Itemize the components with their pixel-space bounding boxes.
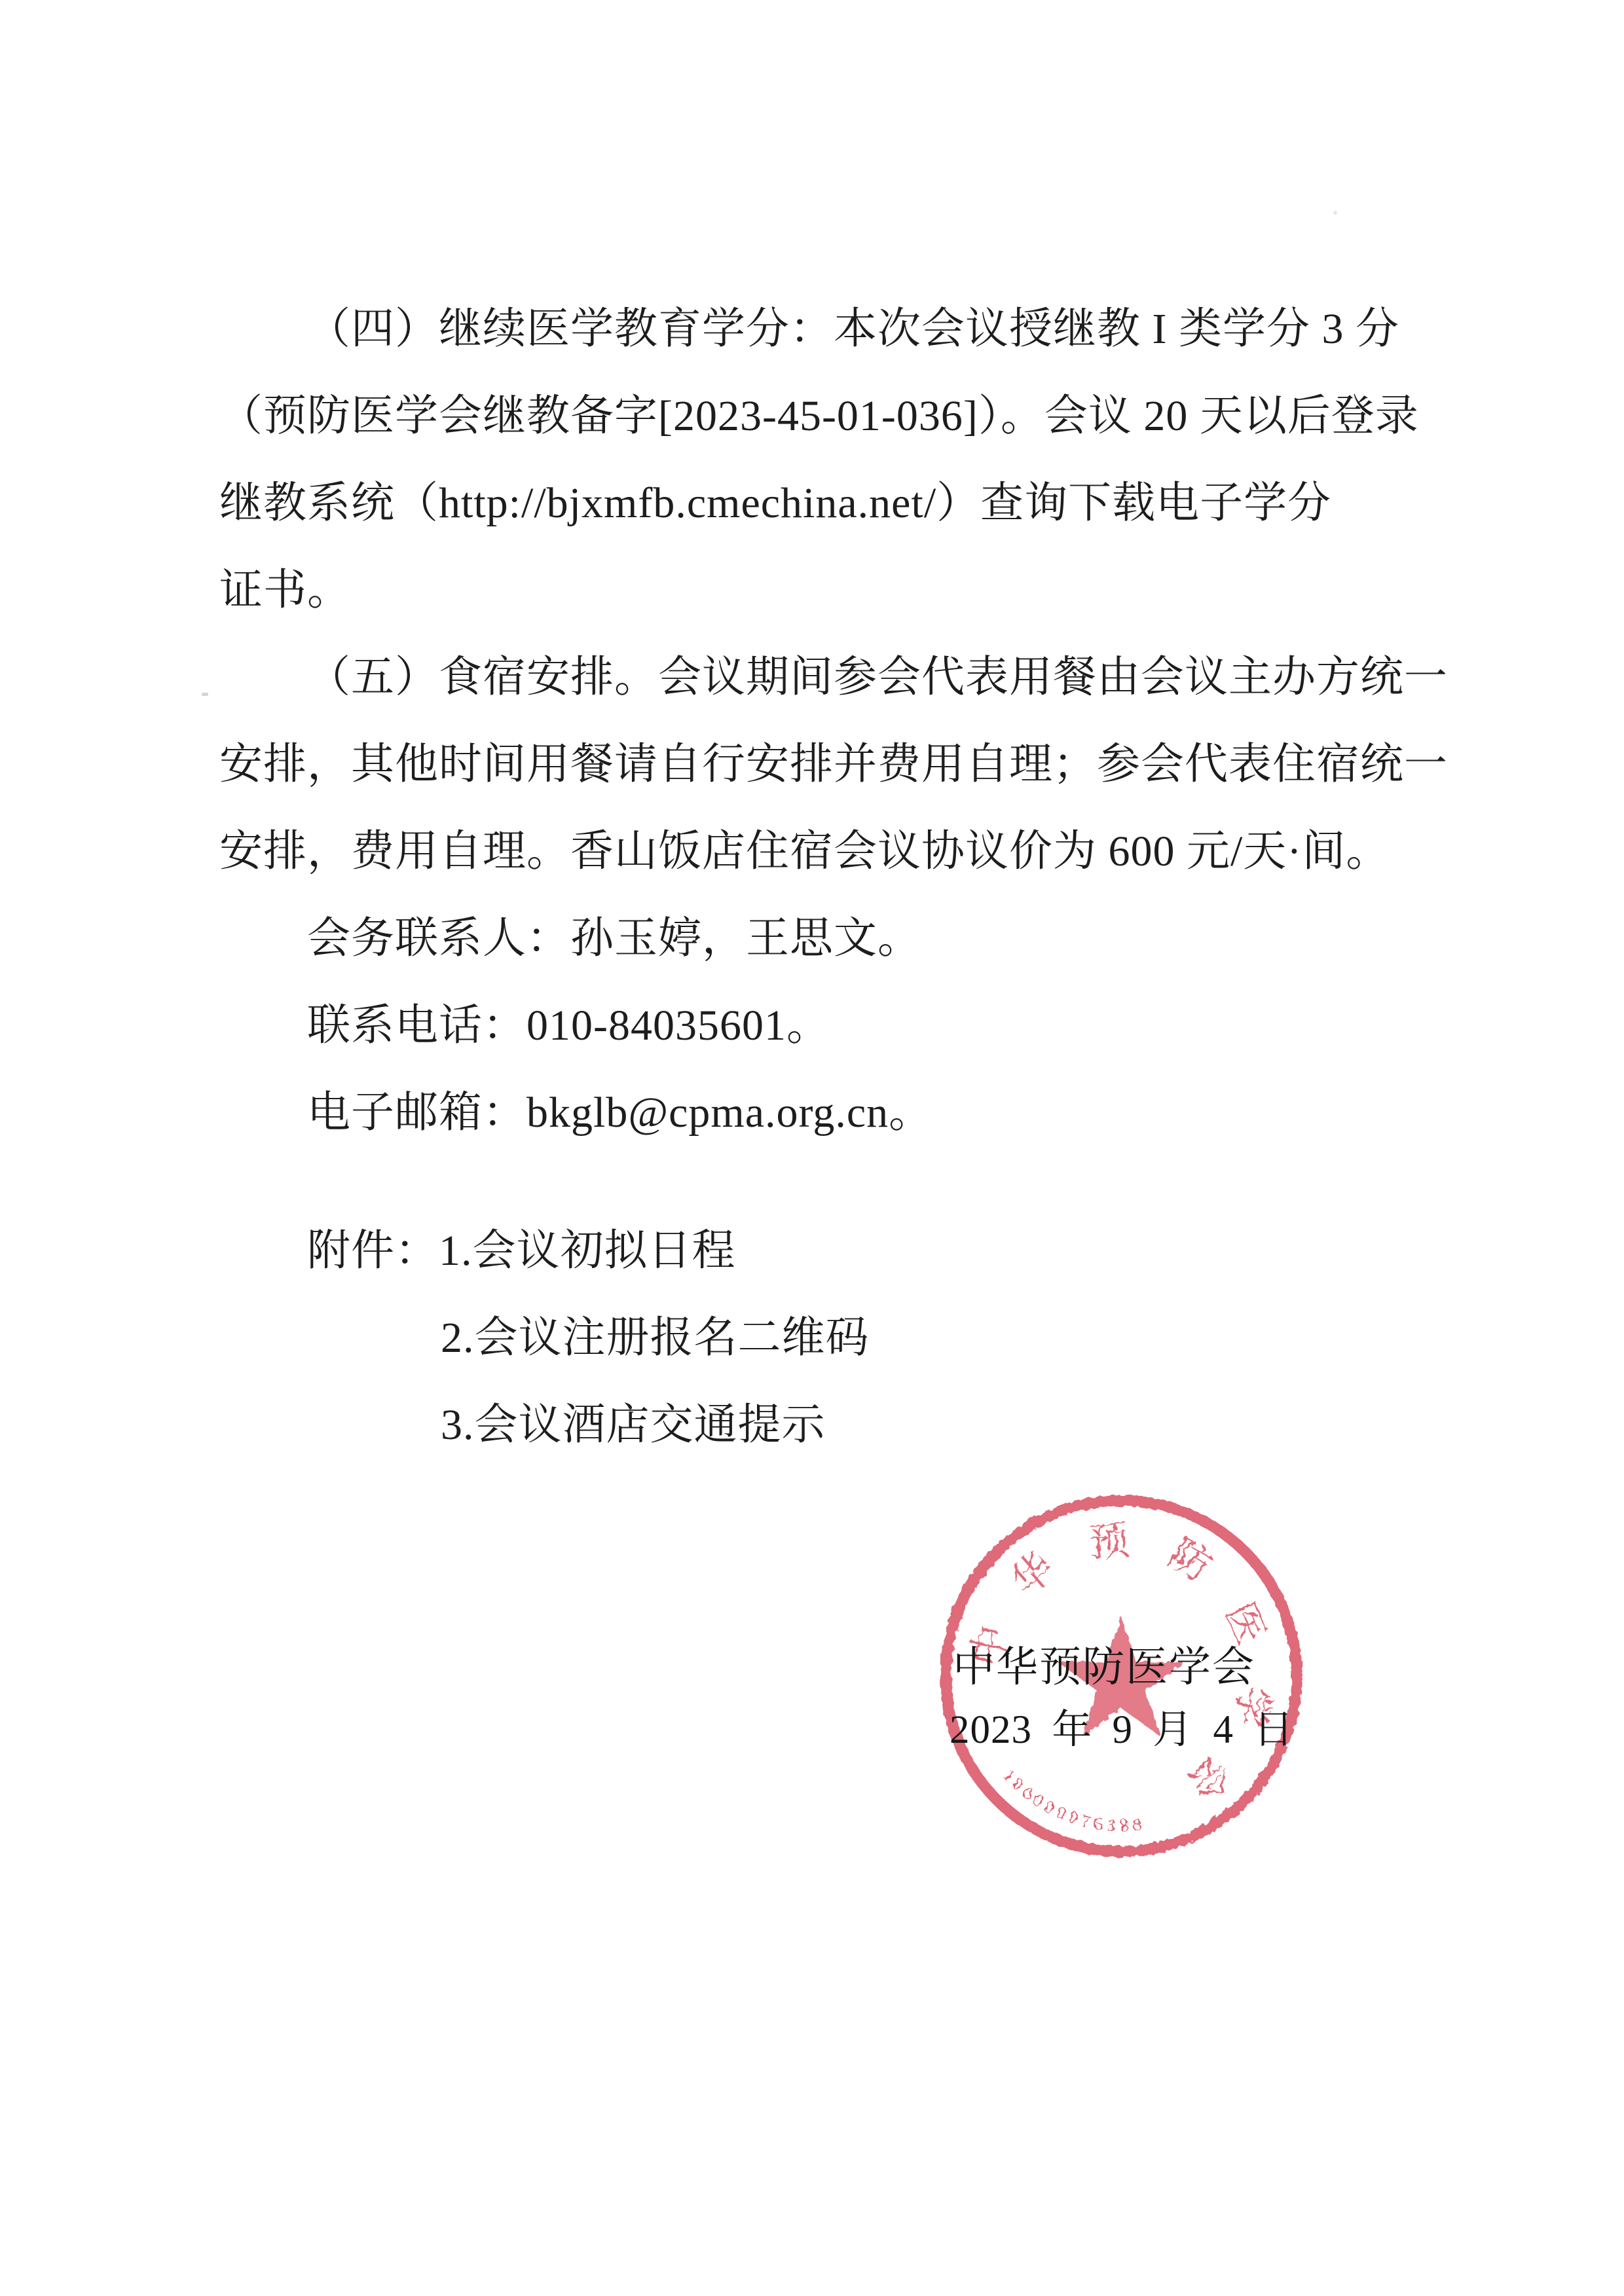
attachment-item: 3.会议酒店交通提示: [219, 1381, 1418, 1468]
signature-date: 2023 年 9 月 4 日: [950, 1710, 1294, 1750]
attachment-rows-rest: 2.会议注册报名二维码3.会议酒店交通提示: [219, 1294, 1418, 1468]
attachments-label: 附件：: [307, 1227, 439, 1275]
attachment-row: 附件：1.会议初拟日程: [219, 1207, 1418, 1294]
seal-ring-char: 会: [1179, 1747, 1239, 1808]
scan-speck: [1333, 211, 1337, 215]
body-text-line: 电子邮箱：bkglb@cpma.org.cn。: [219, 1069, 1418, 1156]
attachment-item: 1.会议初拟日程: [439, 1227, 736, 1275]
body-text-line: 会务联系人：孙玉婷，王思文。: [219, 895, 1418, 982]
seal-ring-char: 医: [1216, 1596, 1273, 1651]
seal-ring-char: 华: [1003, 1544, 1063, 1605]
seal-ring-char: 防: [1162, 1531, 1219, 1590]
attachment-item: 2.会议注册报名二维码: [219, 1294, 1418, 1381]
body-text: （四）继续医学教育学分：本次会议授继教 I 类学分 3 分（预防医学会继教备字[…: [219, 285, 1418, 1156]
attachments: 附件：1.会议初拟日程 2.会议注册报名二维码3.会议酒店交通提示: [219, 1207, 1418, 1468]
body-text-line: （预防医学会继教备字[2023-45-01-036]）。会议 20 天以后登录: [219, 373, 1418, 460]
signature-org: 中华预防医学会: [953, 1647, 1255, 1688]
body-text-line: （五）食宿安排。会议期间参会代表用餐由会议主办方统一: [219, 634, 1418, 721]
document-page: （四）继续医学教育学分：本次会议授继教 I 类学分 3 分（预防医学会继教备字[…: [0, 0, 1624, 2296]
body-text-line: 证书。: [219, 547, 1418, 634]
body-text-line: 继教系统（http://bjxmfb.cmechina.net/）查询下载电子学…: [219, 460, 1418, 547]
body-text-line: 联系电话：010-84035601。: [219, 982, 1418, 1069]
seal-ring-char: 预: [1087, 1518, 1132, 1566]
body-text-line: 安排，其他时间用餐请自行安排并费用自理；参会代表住宿统一: [219, 721, 1418, 808]
body-text-line: （四）继续医学教育学分：本次会议授继教 I 类学分 3 分: [219, 285, 1418, 373]
scan-speck: [202, 693, 208, 696]
body-text-line: 安排，费用自理。香山饭店住宿会议协议价为 600 元/天·间。: [219, 808, 1418, 895]
